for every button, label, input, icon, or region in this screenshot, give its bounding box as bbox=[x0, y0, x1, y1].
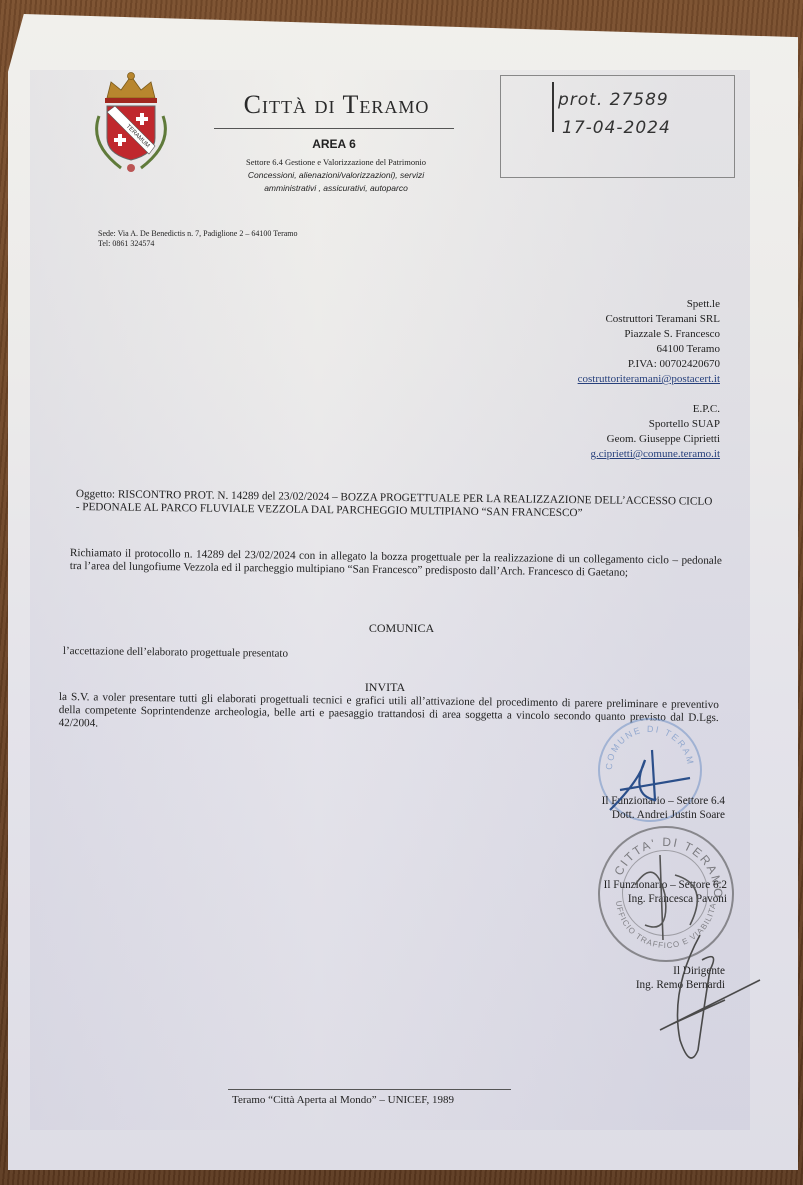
competenze-line-1: Concessioni, alienazioni/valorizzazioni)… bbox=[205, 169, 467, 182]
recipient-company: Costruttori Teramani SRL bbox=[578, 312, 720, 327]
title-divider bbox=[214, 128, 454, 129]
recipient-address: Piazzale S. Francesco bbox=[578, 327, 720, 342]
comunica-heading: COMUNICA bbox=[0, 621, 803, 636]
settore-line: Settore 6.4 Gestione e Valorizzazione de… bbox=[205, 156, 467, 169]
cc-label: E.P.C. bbox=[590, 402, 720, 417]
cc-person: Geom. Giuseppe Ciprietti bbox=[590, 432, 720, 447]
competenze-line-2: amministrativi , assicurativi, autoparco bbox=[205, 182, 467, 195]
recipient-piva: P.IVA: 00702420670 bbox=[578, 357, 720, 372]
cc-email-link[interactable]: g.ciprietti@comune.teramo.it bbox=[590, 448, 720, 460]
office-address: Sede: Via A. De Benedictis n. 7, Padigli… bbox=[98, 229, 298, 249]
cc-office: Sportello SUAP bbox=[590, 417, 720, 432]
recipient-block: Spett.le Costruttori Teramani SRL Piazza… bbox=[578, 297, 720, 387]
footer-motto: Teramo “Città Aperta al Mondo” – UNICEF,… bbox=[232, 1094, 454, 1106]
handwritten-signature-blue bbox=[600, 740, 710, 820]
protocol-handwritten-stroke bbox=[552, 82, 554, 132]
cc-block: E.P.C. Sportello SUAP Geom. Giuseppe Cip… bbox=[590, 402, 720, 462]
settore-block: Settore 6.4 Gestione e Valorizzazione de… bbox=[205, 156, 467, 195]
coat-of-arms-icon: TERAMUM bbox=[85, 68, 177, 178]
recipient-pec-link[interactable]: costruttoriteramani@postacert.it bbox=[578, 373, 720, 385]
recipient-city: 64100 Teramo bbox=[578, 342, 720, 357]
protocol-number: prot. 27589 bbox=[558, 90, 669, 110]
sede-line: Sede: Via A. De Benedictis n. 7, Padigli… bbox=[98, 229, 298, 239]
area-label: AREA 6 bbox=[214, 137, 454, 151]
protocol-date: 17-04-2024 bbox=[562, 118, 671, 138]
handwritten-signature-dirigente bbox=[640, 930, 770, 1070]
letterhead-title: Città di Teramo bbox=[214, 90, 459, 120]
footer-divider bbox=[228, 1089, 511, 1090]
recipient-salutation: Spett.le bbox=[578, 297, 720, 312]
tel-line: Tel: 0861 324574 bbox=[98, 239, 298, 249]
